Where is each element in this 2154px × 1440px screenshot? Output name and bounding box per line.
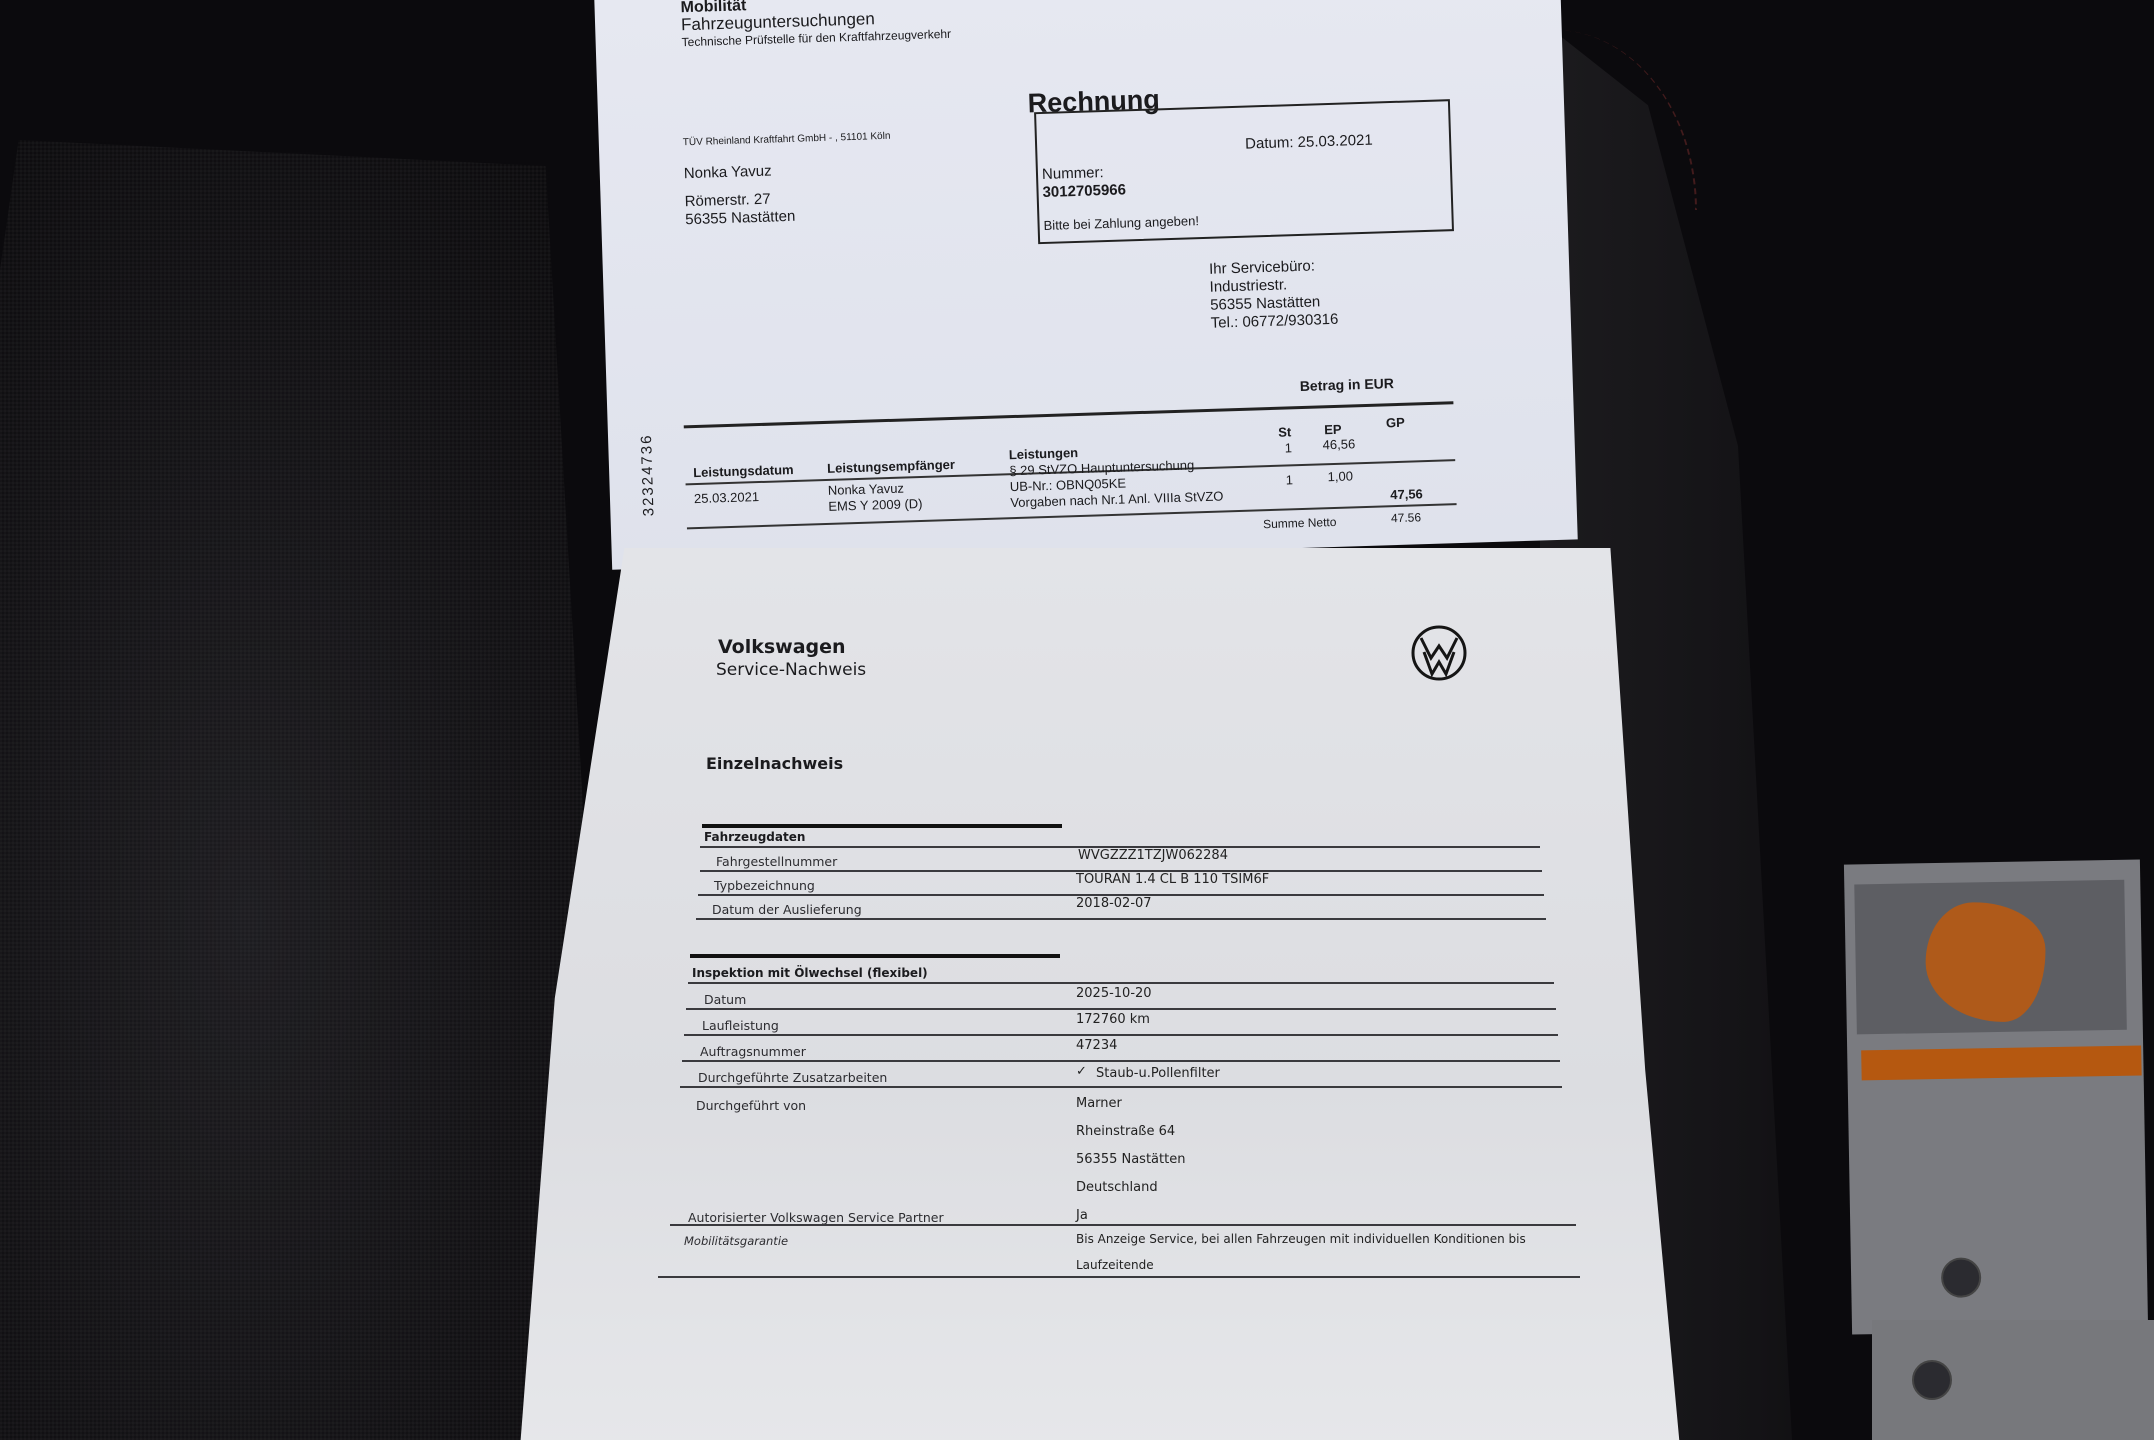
vehicle-row-value: WVGZZZ1TZJW062284 xyxy=(1078,848,1228,863)
row-qty-2: 1 xyxy=(1285,472,1293,487)
inspection-row-value: Staub-u.Pollenfilter xyxy=(1096,1066,1220,1081)
col-services: Leistungen xyxy=(1009,445,1079,462)
performed-by-line: 56355 Nastätten xyxy=(1076,1152,1185,1167)
mobility-value-1: Bis Anzeige Service, bei allen Fahrzeuge… xyxy=(1076,1232,1526,1246)
mobility-value-2: Laufzeitende xyxy=(1076,1258,1154,1272)
seat-stitching xyxy=(1555,30,1697,210)
performed-by-line: Deutschland xyxy=(1076,1180,1158,1195)
service-office-label: Ihr Servicebüro: xyxy=(1209,257,1315,277)
inspection-row-label: Datum xyxy=(704,992,746,1007)
vehicle-row-label: Typbezeichnung xyxy=(714,878,815,893)
row-ep-2: 1,00 xyxy=(1327,468,1353,484)
europe-map-image xyxy=(1854,880,2127,1035)
inspection-row-value: 172760 km xyxy=(1076,1012,1150,1027)
net-value: 47.56 xyxy=(1391,510,1421,525)
inspection-heading: Inspektion mit Ölwechsel (flexibel) xyxy=(692,966,928,980)
col-recipient: Leistungsempfänger xyxy=(827,457,955,476)
service-office-city: 56355 Nastätten xyxy=(1210,293,1321,313)
performed-by-label: Durchgeführt von xyxy=(696,1098,806,1113)
inspection-row-label: Durchgeführte Zusatzarbeiten xyxy=(698,1070,887,1085)
invoice-number-box: Nummer: 3012705966 Datum: 25.03.2021 Bit… xyxy=(1034,99,1454,244)
row-date: 25.03.2021 xyxy=(694,489,760,506)
col-total-price: GP xyxy=(1386,415,1405,431)
col-unit-price: EP xyxy=(1324,422,1342,438)
recipient-street: Römerstr. 27 xyxy=(684,191,770,211)
partner-label: Autorisierter Volkswagen Service Partner xyxy=(688,1210,944,1225)
partner-value: Ja xyxy=(1076,1208,1088,1223)
rule xyxy=(696,918,1546,920)
side-reference-number: 32324736 xyxy=(638,433,658,516)
rule xyxy=(670,1224,1576,1226)
booklet-text-illegible xyxy=(1908,1085,2129,1159)
vw-logo-icon xyxy=(1912,1360,1952,1400)
rule xyxy=(686,1008,1556,1010)
car-seat-background xyxy=(0,140,620,1440)
col-date: Leistungsdatum xyxy=(693,462,794,480)
inspection-row-label: Laufleistung xyxy=(702,1018,779,1033)
invoice-date: Datum: 25.03.2021 xyxy=(1245,132,1373,153)
vehicle-row-value: 2018-02-07 xyxy=(1076,896,1152,911)
performed-by-line: Marner xyxy=(1076,1096,1122,1111)
inspection-section-bar xyxy=(690,954,1060,958)
performed-by-line: Rheinstraße 64 xyxy=(1076,1124,1175,1139)
col-qty: St xyxy=(1278,424,1291,439)
service-booklet xyxy=(1844,859,2148,1334)
inspection-row-value: 2025-10-20 xyxy=(1076,986,1152,1001)
row-recipient-2: EMS Y 2009 (D) xyxy=(828,496,923,514)
row-recipient-1: Nonka Yavuz xyxy=(828,481,905,498)
vehicle-row-label: Fahrgestellnummer xyxy=(716,854,837,869)
row-ep-1: 46,56 xyxy=(1322,436,1355,452)
rule xyxy=(684,1034,1558,1036)
vehicle-row-value: TOURAN 1.4 CL B 110 TSIM6F xyxy=(1076,872,1269,887)
service-booklet-2 xyxy=(1872,1320,2154,1440)
service-office-phone: Tel.: 06772/930316 xyxy=(1211,311,1339,332)
rule xyxy=(680,1086,1562,1088)
section-title: Einzelnachweis xyxy=(706,754,843,773)
inspection-row-value: 47234 xyxy=(1076,1038,1117,1053)
invoice-number: 3012705966 xyxy=(1042,181,1126,201)
sender-line: TÜV Rheinland Kraftfahrt GmbH - , 51101 … xyxy=(683,131,891,149)
recipient-name: Nonka Yavuz xyxy=(684,163,772,183)
vw-logo-icon xyxy=(1410,624,1468,682)
document-subtitle: Service-Nachweis xyxy=(716,660,866,680)
row-gp-total: 47,56 xyxy=(1390,486,1423,502)
rule xyxy=(688,982,1554,984)
row-qty-1: 1 xyxy=(1284,440,1292,455)
vw-logo-icon xyxy=(1941,1257,1982,1298)
vw-service-record-document: Volkswagen Service-Nachweis Einzelnachwe… xyxy=(520,548,1680,1440)
vehicle-row-label: Datum der Auslieferung xyxy=(712,902,862,917)
recipient-city: 56355 Nastätten xyxy=(685,208,796,228)
rule xyxy=(658,1276,1580,1278)
vehicle-heading: Fahrzeugdaten xyxy=(704,830,805,844)
service-office-street: Industriestr. xyxy=(1209,276,1287,295)
brand-name: Volkswagen xyxy=(718,636,846,658)
net-label: Summe Netto xyxy=(1263,515,1337,531)
amount-header: Betrag in EUR xyxy=(1300,375,1395,394)
vehicle-section-bar xyxy=(702,824,1062,828)
tuv-invoice-document: Mobilität Fahrzeuguntersuchungen Technis… xyxy=(594,0,1578,570)
number-label: Nummer: xyxy=(1042,164,1104,183)
inspection-row-label: Auftragsnummer xyxy=(700,1044,806,1059)
orange-stripe xyxy=(1861,1045,2141,1080)
payment-note: Bitte bei Zahlung angeben! xyxy=(1043,213,1199,233)
rule xyxy=(682,1060,1560,1062)
mobility-label: Mobilitätsgarantie xyxy=(684,1234,788,1248)
check-icon: ✓ xyxy=(1076,1064,1087,1079)
